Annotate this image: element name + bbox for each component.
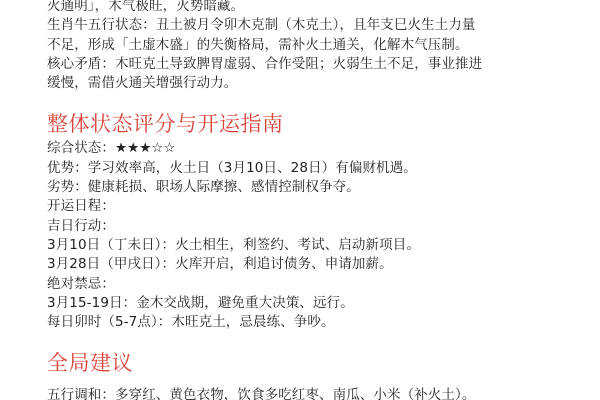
intro-line: 生肖牛五行状态：丑土被月令卯木克制（木克土），且年支巳火生土力量 (47, 16, 567, 35)
disadvantage-text: 劣势：健康耗损、职场人际摩擦、感情控制权争夺。 (47, 178, 567, 197)
schedule-label: 开运日程： (47, 197, 567, 216)
section-heading-status: 整体状态评分与开运指南 (47, 110, 567, 138)
rating-label: 综合状态： (47, 140, 115, 156)
lucky-days-label: 吉日行动： (47, 217, 567, 236)
taboo-item: 3月15-19日：金木交战期，避免重大决策、远行。 (47, 294, 567, 313)
lucky-day-item: 3月10日（丁未日）：火土相生，利签约、考试、启动新项目。 (47, 236, 567, 255)
intro-paragraph: 火通明」，木气极旺，火势暗藏。 生肖牛五行状态：丑土被月令卯木克制（木克土），且… (47, 0, 567, 93)
advantage-text: 优势：学习效率高，火土日（3月10日、28日）有偏财机遇。 (47, 159, 567, 178)
intro-line: 核心矛盾：木旺克土导致脾胃虚弱、合作受阻；火弱生土不足，事业推进 (47, 55, 567, 74)
status-section: 综合状态：★★★☆☆ 优势：学习效率高，火土日（3月10日、28日）有偏财机遇。… (47, 139, 567, 332)
lucky-day-item: 3月28日（甲戌日）：火库开启，利追讨债务、申请加薪。 (47, 255, 567, 274)
section-heading-advice: 全局建议 (47, 349, 567, 377)
intro-line: 缓慢，需借火通关增强行动力。 (47, 74, 567, 93)
intro-line: 火通明」，木气极旺，火势暗藏。 (47, 0, 567, 16)
intro-line: 不足，形成「土虚木盛」的失衡格局，需补火土通关，化解木气压制。 (47, 36, 567, 55)
advice-line: 五行调和：多穿红、黄色衣物，饮食多吃红枣、南瓜、小米（补火土）。 (47, 386, 567, 400)
advice-section: 五行调和：多穿红、黄色衣物，饮食多吃红枣、南瓜、小米（补火土）。 (47, 386, 567, 400)
rating-row: 综合状态：★★★☆☆ (47, 139, 567, 158)
star-rating-icon: ★★★☆☆ (115, 140, 176, 156)
taboo-label: 绝对禁忌： (47, 275, 567, 294)
article-content: 火通明」，木气极旺，火势暗藏。 生肖牛五行状态：丑土被月令卯木克制（木克土），且… (47, 0, 567, 400)
taboo-item: 每日卯时（5-7点）：木旺克土，忌晨练、争吵。 (47, 313, 567, 332)
